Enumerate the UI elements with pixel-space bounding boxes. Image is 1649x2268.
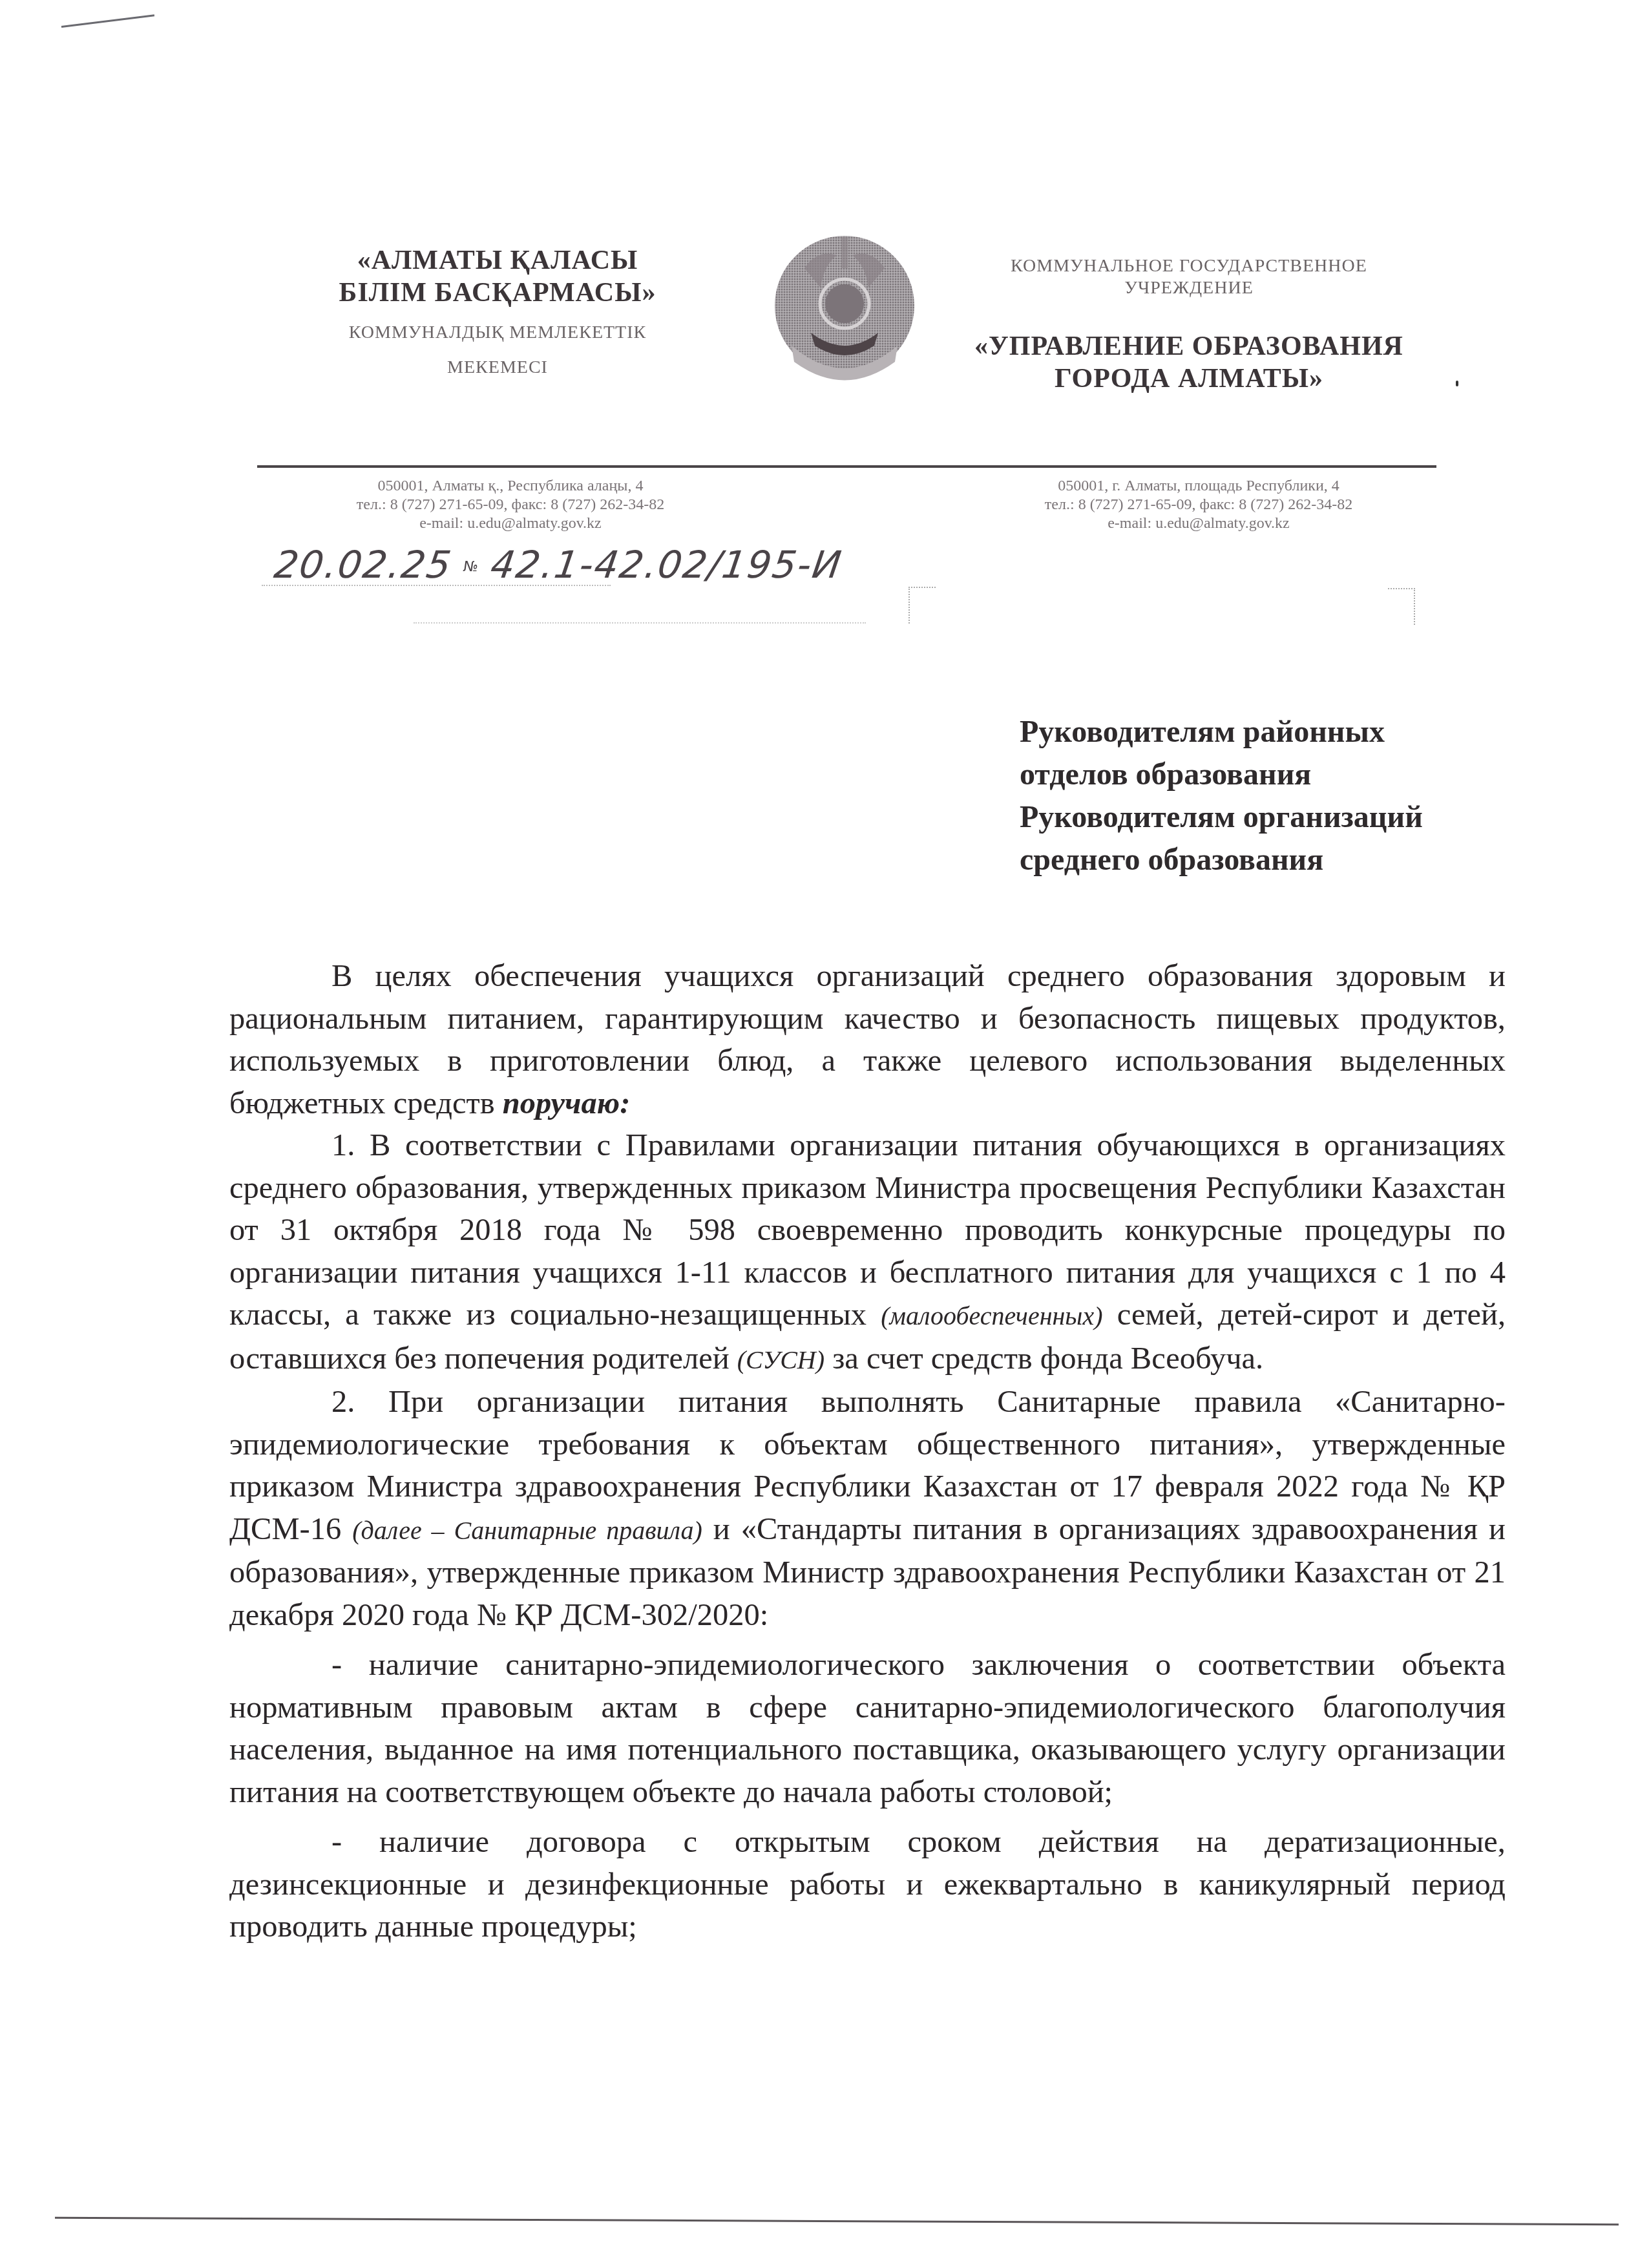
state-emblem-icon (766, 229, 924, 394)
addressee-line: Руководителям организаций (1020, 796, 1423, 839)
address-kz-email: e-mail: u.edu@almaty.gov.kz (278, 514, 743, 533)
directive-emphasis: поручаю: (503, 1086, 631, 1120)
address-ru-street: 050001, г. Алматы, площадь Республики, 4 (947, 477, 1451, 496)
number-sign: № (462, 559, 480, 575)
registration-date: 20.02.25 (271, 543, 455, 587)
reference-underline (414, 622, 866, 624)
address-block-kz: 050001, Алматы қ., Республика алаңы, 4 т… (278, 477, 743, 533)
letterhead-right: КОММУНАЛЬНОЕ ГОСУДАРСТВЕННОЕ УЧРЕЖДЕНИЕ … (956, 255, 1422, 395)
letterhead-left: «АЛМАТЫ ҚАЛАСЫ БІЛІМ БАСҚАРМАСЫ» КОММУНА… (304, 244, 691, 379)
org-type-ru-line1: КОММУНАЛЬНОЕ ГОСУДАРСТВЕННОЕ (956, 255, 1422, 277)
org-name-kz-line1: «АЛМАТЫ ҚАЛАСЫ (304, 244, 691, 277)
org-type-kz-line1: КОММУНАЛДЫҚ МЕМЛЕКЕТТІК (304, 322, 691, 344)
item-2-paragraph: 2. При организации питания выполнять Сан… (229, 1381, 1506, 1636)
address-kz-street: 050001, Алматы қ., Республика алаңы, 4 (278, 477, 743, 496)
addressee-corner-mark-left (909, 587, 936, 624)
org-name-kz-line2: БІЛІМ БАСҚАРМАСЫ» (304, 277, 691, 309)
page-bottom-rule (55, 2217, 1619, 2226)
addressee-line: отделов образования (1020, 753, 1423, 796)
address-kz-phone: тел.: 8 (727) 271-65-09, факс: 8 (727) 2… (278, 496, 743, 514)
addressee-line: Руководителям районных (1020, 711, 1423, 753)
addressee-line: среднего образования (1020, 839, 1423, 881)
org-type-kz-line2: МЕКЕМЕСІ (304, 357, 691, 379)
stray-ink-dot (1456, 381, 1458, 386)
address-ru-phone: тел.: 8 (727) 271-65-09, факс: 8 (727) 2… (947, 496, 1451, 514)
requirement-bullet: - наличие договора с открытым сроком дей… (229, 1821, 1506, 1948)
registration-stamp: 20.02.25№42.1-42.02/195-И (271, 543, 845, 587)
letterhead-divider (257, 465, 1436, 468)
requirement-bullet: - наличие санитарно-эпидемиологического … (229, 1644, 1506, 1813)
item-1-paragraph: 1. В соответствии с Правилами организаци… (229, 1124, 1506, 1381)
address-block-ru: 050001, г. Алматы, площадь Республики, 4… (947, 477, 1451, 533)
addressee-block: Руководителям районных отделов образован… (1020, 711, 1423, 881)
letter-body: В целях обеспечения учащихся организаций… (229, 955, 1506, 1948)
org-name-ru-line2: ГОРОДА АЛМАТЫ» (956, 362, 1422, 395)
stray-pen-mark (61, 14, 154, 28)
registration-number: 42.1-42.02/195-И (488, 543, 845, 587)
date-underline (262, 585, 611, 586)
addressee-corner-mark-right (1388, 588, 1415, 625)
address-ru-email: e-mail: u.edu@almaty.gov.kz (947, 514, 1451, 533)
org-type-ru-line2: УЧРЕЖДЕНИЕ (956, 277, 1422, 299)
intro-paragraph: В целях обеспечения учащихся организаций… (229, 955, 1506, 1124)
org-name-ru-line1: «УПРАВЛЕНИЕ ОБРАЗОВАНИЯ (956, 330, 1422, 362)
